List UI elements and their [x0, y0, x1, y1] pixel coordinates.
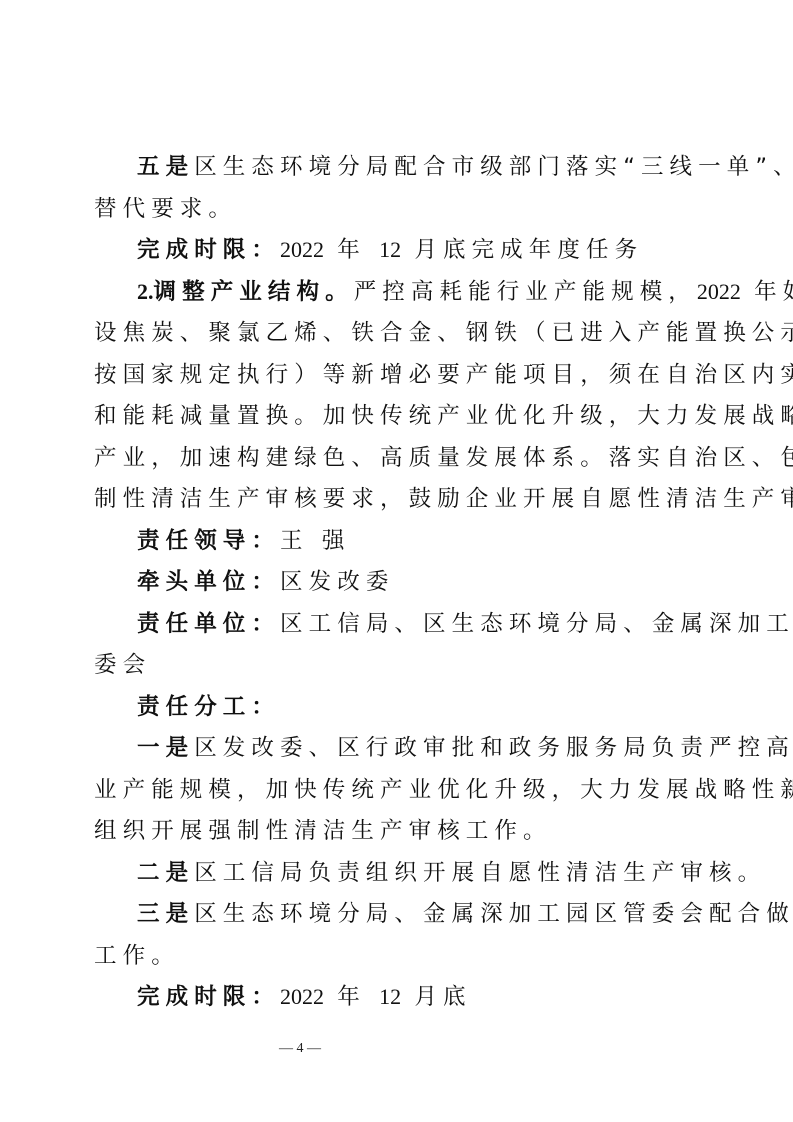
paragraph-line-indented: 牵头单位：区发改委: [137, 559, 394, 604]
paragraph-line-indented: 责任单位：区工信局、区生态环境分局、金属深加工园区管: [137, 601, 793, 646]
paragraph-line: 制性清洁生产审核要求，鼓励企业开展自愿性清洁生产审核。: [94, 476, 793, 521]
body-text: 设焦炭、聚氯乙烯、铁合金、钢铁（已进入产能置换公示阶段的: [94, 320, 793, 346]
body-text: 年: [324, 984, 379, 1010]
body-text: 替代要求。: [94, 196, 237, 222]
paragraph-line: 产业，加速构建绿色、高质量发展体系。落实自治区、包头市强: [94, 435, 793, 480]
body-text: 月底: [401, 984, 471, 1010]
body-text: 产业，加速构建绿色、高质量发展体系。落实自治区、包头市强: [94, 445, 793, 471]
paragraph-line: 工作。: [94, 933, 180, 978]
bold-label: 责任领导：: [137, 528, 280, 554]
bold-label: 调整产业结构。: [154, 279, 354, 305]
body-text: 2022: [697, 279, 741, 304]
body-text: 区生态环境分局、金属深加工园区管委会配合做好相关: [194, 901, 793, 927]
body-text: 严控高耗能行业产能规模，: [354, 279, 697, 305]
body-text: 12: [379, 984, 401, 1009]
body-text: 组织开展强制性清洁生产审核工作。: [94, 818, 552, 844]
body-text: 区工信局负责组织开展自愿性清洁生产审核。: [194, 860, 766, 886]
bold-label: 完成时限：: [137, 984, 280, 1010]
paragraph-line: 委会: [94, 642, 151, 687]
body-text: 王 强: [280, 528, 350, 554]
bold-label: 完成时限：: [137, 237, 280, 263]
bold-label: 责任单位：: [137, 611, 280, 637]
body-text: 业产能规模，加快传统产业优化升级，大力发展战略性新兴产业: [94, 777, 793, 803]
bold-label: 责任分工：: [137, 694, 280, 720]
body-text: 区工信局、区生态环境分局、金属深加工园区管: [280, 611, 793, 637]
body-text: 区生态环境分局配合市级部门落实“三线一单”、减量: [194, 154, 793, 180]
paragraph-line: 组织开展强制性清洁生产审核工作。: [94, 808, 552, 853]
bold-label: 三是: [137, 901, 194, 927]
paragraph-line-indented: 完成时限：2022 年 12 月底: [137, 974, 472, 1019]
paragraph-line-indented: 二是区工信局负责组织开展自愿性清洁生产审核。: [137, 850, 766, 895]
paragraph-line: 和能耗减量置换。加快传统产业优化升级，大力发展战略性新兴: [94, 393, 793, 438]
body-text: 工作。: [94, 943, 180, 969]
body-text: 区发改委: [280, 569, 394, 595]
paragraph-line: 替代要求。: [94, 186, 237, 231]
paragraph-line: 业产能规模，加快传统产业优化升级，大力发展战略性新兴产业: [94, 767, 793, 812]
bold-label: 二是: [137, 860, 194, 886]
bold-label: 牵头单位：: [137, 569, 280, 595]
paragraph-line-indented: 责任分工：: [137, 684, 280, 729]
bold-label: 一是: [137, 735, 194, 761]
paragraph-line-indented: 五是区生态环境分局配合市级部门落实“三线一单”、减量: [137, 144, 793, 189]
body-text: 月底完成年度任务: [401, 237, 643, 263]
bold-label: 五是: [137, 154, 194, 180]
paragraph-line-indented: 责任领导：王 强: [137, 518, 350, 563]
body-text: 2022: [280, 984, 324, 1009]
body-text: 年: [324, 237, 379, 263]
body-text: 年如需建: [741, 279, 793, 305]
body-text: 委会: [94, 652, 151, 678]
paragraph-line-indented: 2.调整产业结构。严控高耗能行业产能规模，2022 年如需建: [137, 269, 793, 314]
paragraph-line-indented: 三是区生态环境分局、金属深加工园区管委会配合做好相关: [137, 891, 793, 936]
paragraph-line: 按国家规定执行）等新增必要产能项目，须在自治区内实施产能: [94, 352, 793, 397]
body-text: 区发改委、区行政审批和政务服务局负责严控高耗能行: [194, 735, 793, 761]
page-number: — 4 —: [0, 1041, 600, 1057]
paragraph-line-indented: 完成时限：2022 年 12 月底完成年度任务: [137, 227, 643, 272]
body-text: 制性清洁生产审核要求，鼓励企业开展自愿性清洁生产审核。: [94, 486, 793, 512]
body-text: 2022: [280, 237, 324, 262]
bold-label: 2.: [137, 279, 154, 304]
body-text: 按国家规定执行）等新增必要产能项目，须在自治区内实施产能: [94, 362, 793, 388]
body-text: 和能耗减量置换。加快传统产业优化升级，大力发展战略性新兴: [94, 403, 793, 429]
paragraph-line: 设焦炭、聚氯乙烯、铁合金、钢铁（已进入产能置换公示阶段的: [94, 310, 793, 355]
paragraph-line-indented: 一是区发改委、区行政审批和政务服务局负责严控高耗能行: [137, 725, 793, 770]
body-text: 12: [379, 237, 401, 262]
